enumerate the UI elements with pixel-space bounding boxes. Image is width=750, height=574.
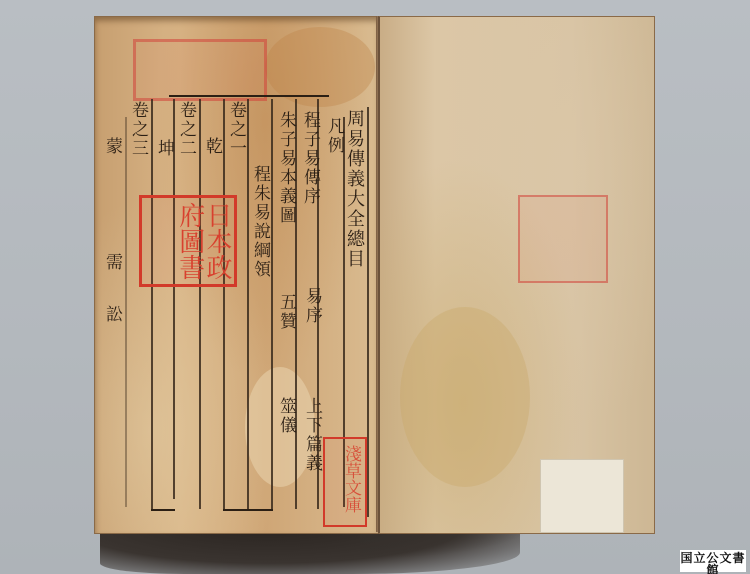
column-rule: [151, 99, 153, 509]
column-rule: [223, 99, 225, 509]
seal-square-large: 日本政府圖書: [139, 195, 237, 287]
column-rule: [247, 99, 249, 509]
bottom-rule: [151, 509, 175, 511]
left-page: 周易傳義大全總目 凡例 程子易傳序 易序 上下篇義 朱子易本義圖 五贊 筮儀 程…: [94, 16, 380, 534]
column-rule: [173, 99, 175, 499]
top-border-rule: [169, 95, 329, 97]
seal-text: 日本政府圖書: [175, 202, 230, 284]
paper-label-patch: [540, 459, 624, 533]
column-rule: [367, 107, 369, 517]
toc-five-eulogies: 五贊: [277, 293, 294, 331]
toc-zhu-illustrations: 朱子易本義圖: [277, 111, 294, 225]
archive-watermark: 国立公文書館 National Archives of Japan: [680, 550, 746, 572]
seal-faded-right: [518, 195, 608, 283]
toc-cheng-zhu-outline: 程朱易說綱領: [251, 165, 268, 279]
toc-vol3-song: 訟: [103, 305, 120, 324]
toc-vol3-xu: 需: [103, 253, 120, 272]
column-rule: [199, 99, 201, 509]
toc-title: 周易傳義大全總目: [345, 109, 363, 269]
column-rule: [125, 117, 127, 507]
seal-text: 淺草文庫: [341, 445, 359, 513]
toc-vol2-heading: 卷之二: [177, 101, 194, 158]
right-page: [378, 16, 655, 534]
toc-upper-lower-meaning: 上下篇義: [303, 397, 320, 473]
seal-rect-tall: 淺草文庫: [323, 437, 367, 527]
toc-fanli: 凡例: [325, 117, 342, 155]
toc-divination-rite: 筮儀: [277, 397, 294, 435]
seal-faded-top: [133, 39, 267, 101]
watermark-japanese: 国立公文書館: [680, 550, 746, 574]
toc-yi-preface: 易序: [303, 287, 320, 325]
stain: [400, 307, 530, 487]
column-rule: [271, 99, 273, 509]
toc-vol2-kun: 坤: [155, 139, 172, 158]
bottom-rule: [223, 509, 273, 511]
toc-vol3-heading: 卷之三: [129, 101, 146, 158]
open-book: 周易傳義大全總目 凡例 程子易傳序 易序 上下篇義 朱子易本義圖 五贊 筮儀 程…: [94, 16, 652, 532]
toc-vol1-heading: 卷之一: [227, 101, 244, 158]
toc-vol3-meng: 蒙: [103, 137, 120, 156]
toc-vol1-qian: 乾: [203, 137, 220, 156]
toc-cheng-preface: 程子易傳序: [301, 111, 318, 206]
